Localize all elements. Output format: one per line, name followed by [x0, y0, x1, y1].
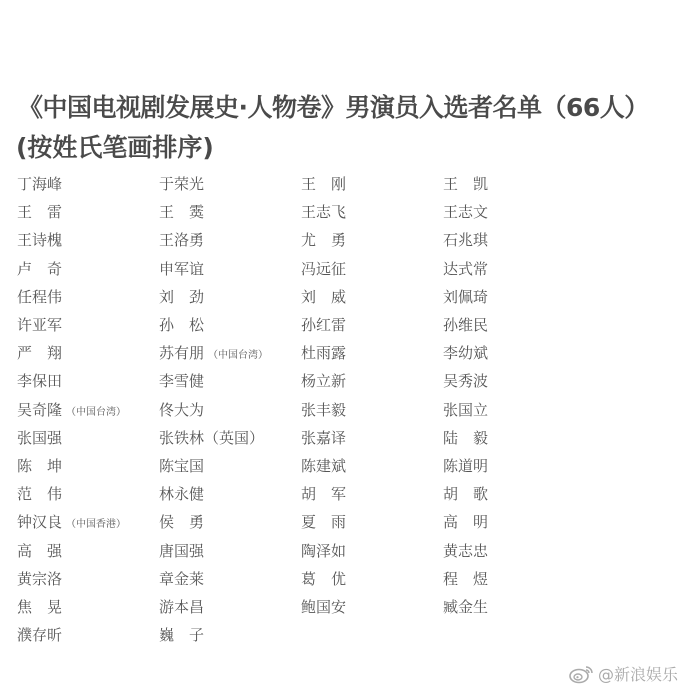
actor-name-text: 吴奇隆: [17, 401, 62, 419]
actor-name-text: 孙维民: [443, 316, 488, 334]
actor-name: 陈道明: [443, 452, 488, 480]
actor-name-text: 任程伟: [17, 288, 62, 306]
actor-name-text: 胡 军: [301, 485, 346, 503]
actor-name-text: 王诗槐: [17, 231, 62, 249]
actor-name-text: 杜雨露: [301, 344, 346, 362]
name-row: 任程伟刘 劲刘 威刘佩琦: [17, 283, 690, 311]
actor-name: 李保田: [17, 367, 62, 395]
page-title: 《中国电视剧发展史·人物卷》男演员入选者名单（66人）: [18, 88, 688, 128]
actor-name-text: 李雪健: [159, 372, 204, 390]
actor-name-text: 冯远征: [301, 260, 346, 278]
actor-name-text: 苏有朋: [159, 344, 204, 362]
name-row: 李保田李雪健杨立新吴秀波: [17, 367, 690, 395]
actor-name-text: 许亚军: [17, 316, 62, 334]
actor-name-text: 高 明: [443, 513, 488, 531]
actor-name-text: 张嘉译: [301, 429, 346, 447]
actor-name: 孙维民: [443, 311, 488, 339]
actor-name-text: 陈 坤: [17, 457, 62, 475]
name-row: 许亚军孙 松孙红雷孙维民: [17, 311, 690, 339]
actor-name: 孙红雷: [301, 311, 346, 339]
actor-name-text: 吴秀波: [443, 372, 488, 390]
name-row: 丁海峰于荣光王 刚王 凯: [17, 170, 690, 198]
actor-name: 黄宗洛: [17, 565, 62, 593]
actor-name: 王 凯: [443, 170, 488, 198]
actor-name: 许亚军: [17, 311, 62, 339]
actor-name-text: 刘 威: [301, 288, 346, 306]
actor-name-text: 陆 毅: [443, 429, 488, 447]
actor-name-text: 张铁林（英国）: [159, 429, 264, 447]
actor-name: 孙 松: [159, 311, 204, 339]
actor-name: 刘佩琦: [443, 283, 488, 311]
actor-name-text: 陈建斌: [301, 457, 346, 475]
actor-name: 杨立新: [301, 367, 346, 395]
actor-name: 唐国强: [159, 537, 204, 565]
actor-name: 葛 优: [301, 565, 346, 593]
actor-name-text: 王 雷: [17, 203, 62, 221]
watermark-text: @新浪娱乐: [598, 662, 678, 685]
actor-name: 陈建斌: [301, 452, 346, 480]
actor-name-text: 唐国强: [159, 542, 204, 560]
actor-name: 巍 子: [159, 621, 204, 649]
actor-name-text: 焦 晃: [17, 598, 62, 616]
actor-name-text: 臧金生: [443, 598, 488, 616]
actor-name-text: 达式常: [443, 260, 488, 278]
name-row: 卢 奇申军谊冯远征达式常: [17, 255, 690, 283]
actor-name-text: 陈宝国: [159, 457, 204, 475]
name-row: 王诗槐王洛勇尤 勇石兆琪: [17, 226, 690, 254]
actor-name-text: 胡 歌: [443, 485, 488, 503]
actor-name-text: 孙 松: [159, 316, 204, 334]
actor-name: 刘 威: [301, 283, 346, 311]
actor-name: 冯远征: [301, 255, 346, 283]
actor-name: 吴奇隆（中国台湾）: [17, 396, 126, 427]
actor-name: 陈宝国: [159, 452, 204, 480]
actor-name-text: 王 霙: [159, 203, 204, 221]
actor-name: 张嘉译: [301, 424, 346, 452]
actor-name-text: 尤 勇: [301, 231, 346, 249]
actor-name-text: 陈道明: [443, 457, 488, 475]
actor-name-text: 陶泽如: [301, 542, 346, 560]
actor-name: 尤 勇: [301, 226, 346, 254]
actor-name: 焦 晃: [17, 593, 62, 621]
actor-name: 丁海峰: [17, 170, 62, 198]
actor-name-text: 巍 子: [159, 626, 204, 644]
actor-name: 于荣光: [159, 170, 204, 198]
actor-name-text: 侯 勇: [159, 513, 204, 531]
actor-name-text: 张国强: [17, 429, 62, 447]
actor-name-text: 严 翔: [17, 344, 62, 362]
actor-name: 张国立: [443, 396, 488, 424]
actor-name-text: 刘 劲: [159, 288, 204, 306]
region-note: （中国香港）: [66, 519, 126, 530]
actor-name: 佟大为: [159, 396, 204, 424]
actor-name: 达式常: [443, 255, 488, 283]
name-row: 严 翔苏有朋（中国台湾）杜雨露李幼斌: [17, 339, 690, 367]
actor-name: 范 伟: [17, 480, 62, 508]
actor-name: 李幼斌: [443, 339, 488, 367]
actor-name-text: 濮存昕: [17, 626, 62, 644]
actor-name-text: 于荣光: [159, 175, 204, 193]
actor-name: 石兆琪: [443, 226, 488, 254]
name-row: 黄宗洛章金莱葛 优程 煜: [17, 565, 690, 593]
actor-name: 游本昌: [159, 593, 204, 621]
region-note: （中国台湾）: [208, 350, 268, 361]
weibo-icon: [568, 664, 594, 684]
name-row: 范 伟林永健胡 军胡 歌: [17, 480, 690, 508]
actor-name: 高 强: [17, 537, 62, 565]
actor-name: 鲍国安: [301, 593, 346, 621]
actor-name: 杜雨露: [301, 339, 346, 367]
actor-name: 胡 军: [301, 480, 346, 508]
actor-name: 黄志忠: [443, 537, 488, 565]
watermark: @新浪娱乐: [568, 662, 678, 685]
name-row: 张国强张铁林（英国）张嘉译陆 毅: [17, 424, 690, 452]
actor-name-text: 林永健: [159, 485, 204, 503]
actor-name-text: 佟大为: [159, 401, 204, 419]
actor-name-text: 游本昌: [159, 598, 204, 616]
actor-name: 陈 坤: [17, 452, 62, 480]
actor-name: 林永健: [159, 480, 204, 508]
actor-name-text: 杨立新: [301, 372, 346, 390]
actor-name: 张丰毅: [301, 396, 346, 424]
actor-name-text: 夏 雨: [301, 513, 346, 531]
actor-name-text: 高 强: [17, 542, 62, 560]
actor-name: 夏 雨: [301, 508, 346, 536]
actor-name: 王 霙: [159, 198, 204, 226]
name-row: 焦 晃游本昌鲍国安臧金生: [17, 593, 690, 621]
actor-name: 章金莱: [159, 565, 204, 593]
actor-name: 申军谊: [159, 255, 204, 283]
actor-name-text: 范 伟: [17, 485, 62, 503]
actor-name-text: 丁海峰: [17, 175, 62, 193]
actor-name: 濮存昕: [17, 621, 62, 649]
actor-name: 陆 毅: [443, 424, 488, 452]
actor-name: 程 煜: [443, 565, 488, 593]
actor-name: 侯 勇: [159, 508, 204, 536]
actor-name: 张国强: [17, 424, 62, 452]
actor-name-text: 张丰毅: [301, 401, 346, 419]
actor-name-text: 卢 奇: [17, 260, 62, 278]
page-subtitle: (按姓氏笔画排序): [16, 128, 214, 168]
actor-name: 王洛勇: [159, 226, 204, 254]
actor-name-text: 王志飞: [301, 203, 346, 221]
name-row: 吴奇隆（中国台湾）佟大为张丰毅张国立: [17, 396, 690, 424]
actor-name: 钟汉良（中国香港）: [17, 508, 126, 539]
actor-name-text: 王 凯: [443, 175, 488, 193]
actor-name: 严 翔: [17, 339, 62, 367]
name-row: 钟汉良（中国香港）侯 勇夏 雨高 明: [17, 508, 690, 536]
actor-name: 吴秀波: [443, 367, 488, 395]
actor-name: 任程伟: [17, 283, 62, 311]
actor-name-text: 李幼斌: [443, 344, 488, 362]
actor-name: 王志飞: [301, 198, 346, 226]
actor-name-text: 刘佩琦: [443, 288, 488, 306]
actor-name: 臧金生: [443, 593, 488, 621]
region-note: （中国台湾）: [66, 407, 126, 418]
name-row: 王 雷王 霙王志飞王志文: [17, 198, 690, 226]
actor-name: 张铁林（英国）: [159, 424, 264, 452]
actor-name-text: 章金莱: [159, 570, 204, 588]
actor-name-text: 孙红雷: [301, 316, 346, 334]
actor-name-text: 王 刚: [301, 175, 346, 193]
actor-name: 陶泽如: [301, 537, 346, 565]
actor-name: 高 明: [443, 508, 488, 536]
actor-name-text: 李保田: [17, 372, 62, 390]
name-row: 濮存昕巍 子: [17, 621, 690, 649]
actor-name: 王志文: [443, 198, 488, 226]
actor-name: 苏有朋（中国台湾）: [159, 339, 268, 370]
actor-name: 王 雷: [17, 198, 62, 226]
actor-name-text: 张国立: [443, 401, 488, 419]
actor-name: 王诗槐: [17, 226, 62, 254]
name-row: 陈 坤陈宝国陈建斌陈道明: [17, 452, 690, 480]
actor-name-text: 黄宗洛: [17, 570, 62, 588]
actor-name-text: 王洛勇: [159, 231, 204, 249]
actor-name-text: 王志文: [443, 203, 488, 221]
actor-name: 王 刚: [301, 170, 346, 198]
actor-name-text: 鲍国安: [301, 598, 346, 616]
actor-name-text: 申军谊: [159, 260, 204, 278]
actor-name: 李雪健: [159, 367, 204, 395]
actor-name: 刘 劲: [159, 283, 204, 311]
actor-name: 卢 奇: [17, 255, 62, 283]
actor-name-text: 石兆琪: [443, 231, 488, 249]
actor-name-text: 黄志忠: [443, 542, 488, 560]
name-row: 高 强唐国强陶泽如黄志忠: [17, 537, 690, 565]
actor-name: 胡 歌: [443, 480, 488, 508]
actor-name-text: 葛 优: [301, 570, 346, 588]
actor-name-text: 钟汉良: [17, 513, 62, 531]
actor-name-text: 程 煜: [443, 570, 488, 588]
